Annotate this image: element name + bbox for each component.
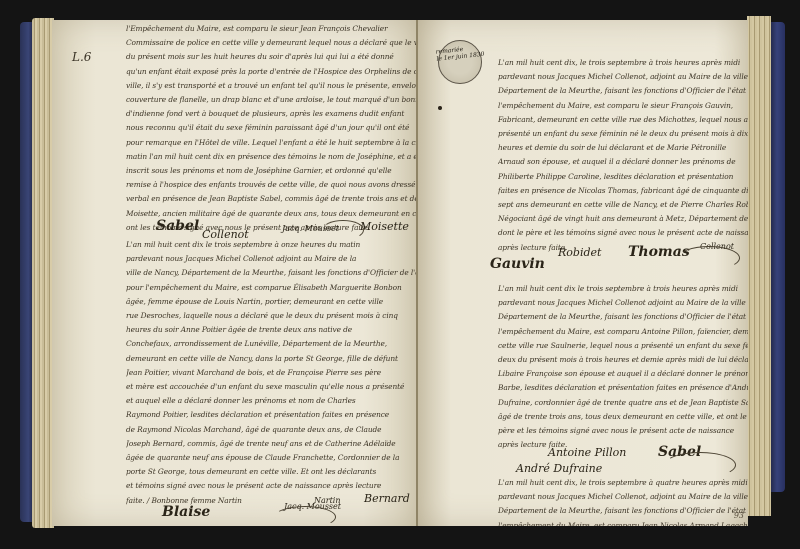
signature: Blaise [162, 504, 210, 520]
entry-line: L'an mil huit cent dix, le trois septemb… [498, 476, 748, 490]
left-page: L.6 l'Empêchement du Maire, est comparu … [52, 20, 418, 526]
entry-line: Département de la Meurthe, faisant les f… [498, 504, 748, 518]
signatures-entry-left-2: Nartin Bernard Blaise Jacq. Mousset [52, 20, 418, 526]
signature-flourish [664, 452, 736, 478]
entry-right-3: L'an mil huit cent dix, le trois septemb… [498, 476, 748, 526]
page-edges-left [32, 18, 54, 528]
entry-line: pardevant nous Jacques Michel Collenot, … [498, 490, 748, 504]
signature: André Dufraine [516, 462, 602, 475]
page-edges-right [747, 16, 771, 516]
signature: Antoine Pillon [548, 446, 626, 459]
signatures-entry-right-2: Antoine Pillon Sabel André Dufraine [418, 20, 748, 526]
book-cover-right [769, 22, 785, 492]
right-page: remariée le 1er juin 1830 L'an mil huit … [418, 20, 748, 526]
page-number: 93 [734, 511, 744, 520]
signature: Bernard [364, 492, 410, 505]
signature-flourish [274, 506, 336, 526]
entry-line: l'empêchement du Maire, est comparu Jean… [498, 519, 748, 526]
open-register-book: L.6 l'Empêchement du Maire, est comparu … [20, 14, 785, 535]
